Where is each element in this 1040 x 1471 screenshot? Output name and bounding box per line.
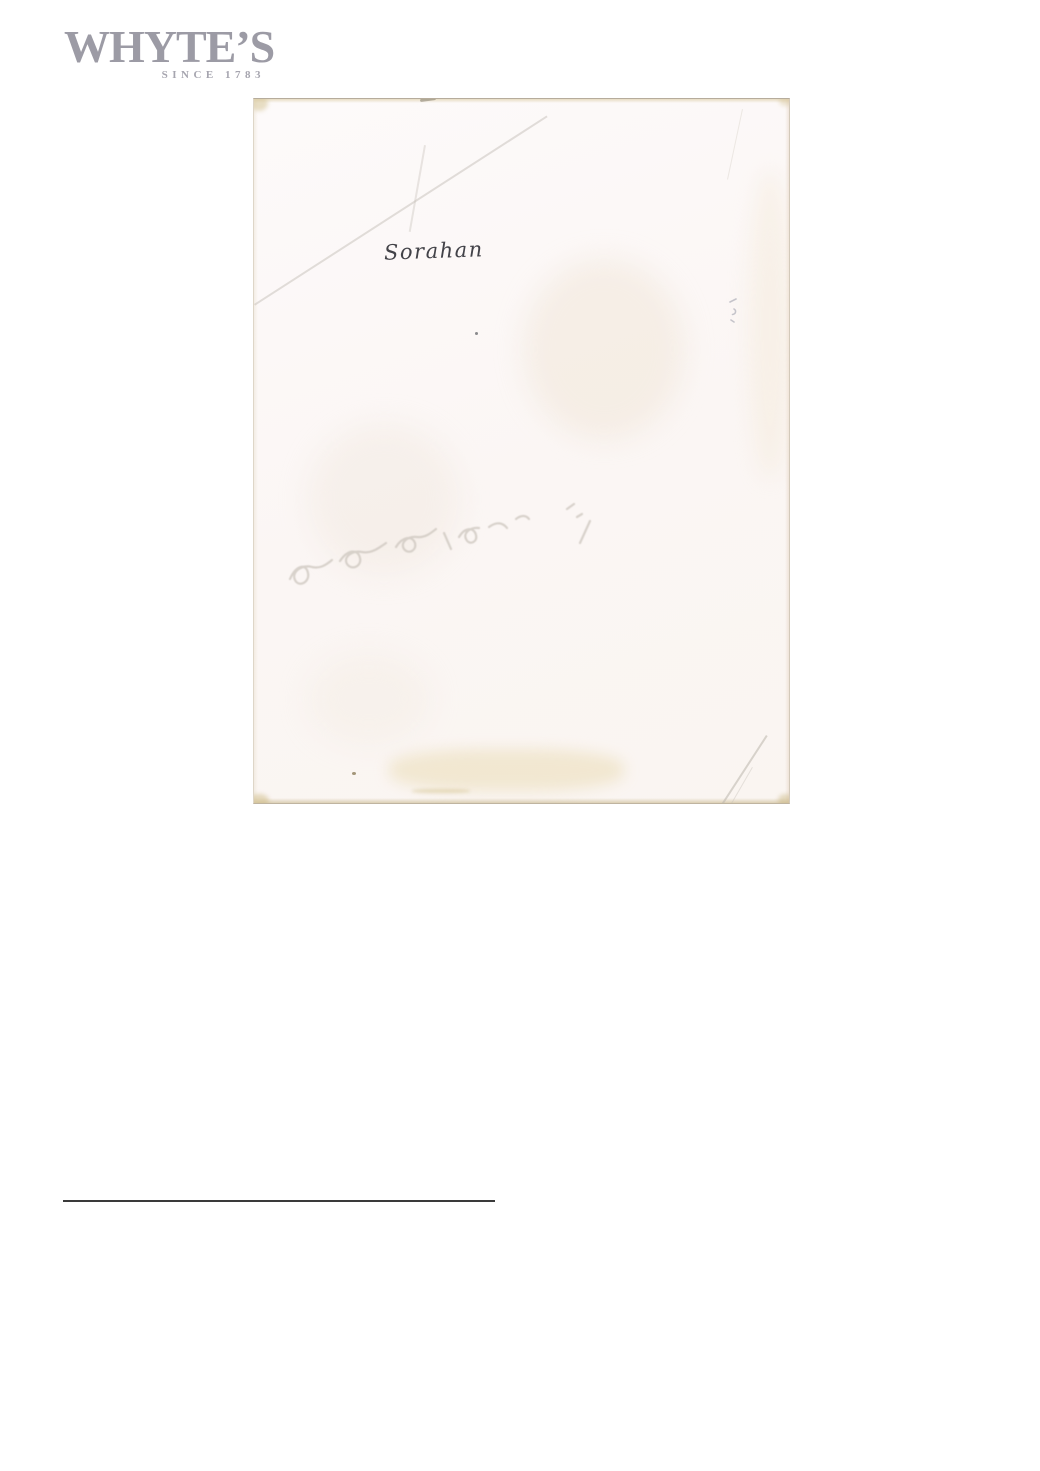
pencil-inscription [284,497,614,592]
whytes-logo: WHYTE’S SINCE 1783 [64,24,268,81]
card-edge-tint-bottom [254,798,789,803]
faint-mark [728,297,740,325]
handwritten-name: Sorahan [384,237,484,264]
card-edge-tint-top [254,99,789,103]
foxing-stain [309,654,429,744]
crease-line [719,735,767,804]
crease-line [254,115,547,305]
foxing-stain [524,259,684,439]
stain-smear [412,789,470,793]
foxing-stain [749,169,790,479]
card-edge-tint-left [254,99,258,803]
footnote-separator [63,1200,495,1202]
brand-name: WHYTE’S [64,24,268,70]
worn-corner [778,794,790,804]
scanned-card-image: Sorahan [253,98,790,804]
ink-speck [475,332,478,335]
worn-corner [253,794,269,804]
foxing-stain [389,749,624,791]
document-page: WHYTE’S SINCE 1783 Sorahan [0,0,1040,1471]
crease-line [409,145,426,232]
crease-line [727,109,743,180]
worn-corner [779,98,790,106]
card-edge-tint-right [785,99,789,803]
worn-corner [253,98,268,111]
ink-speck [352,772,356,775]
